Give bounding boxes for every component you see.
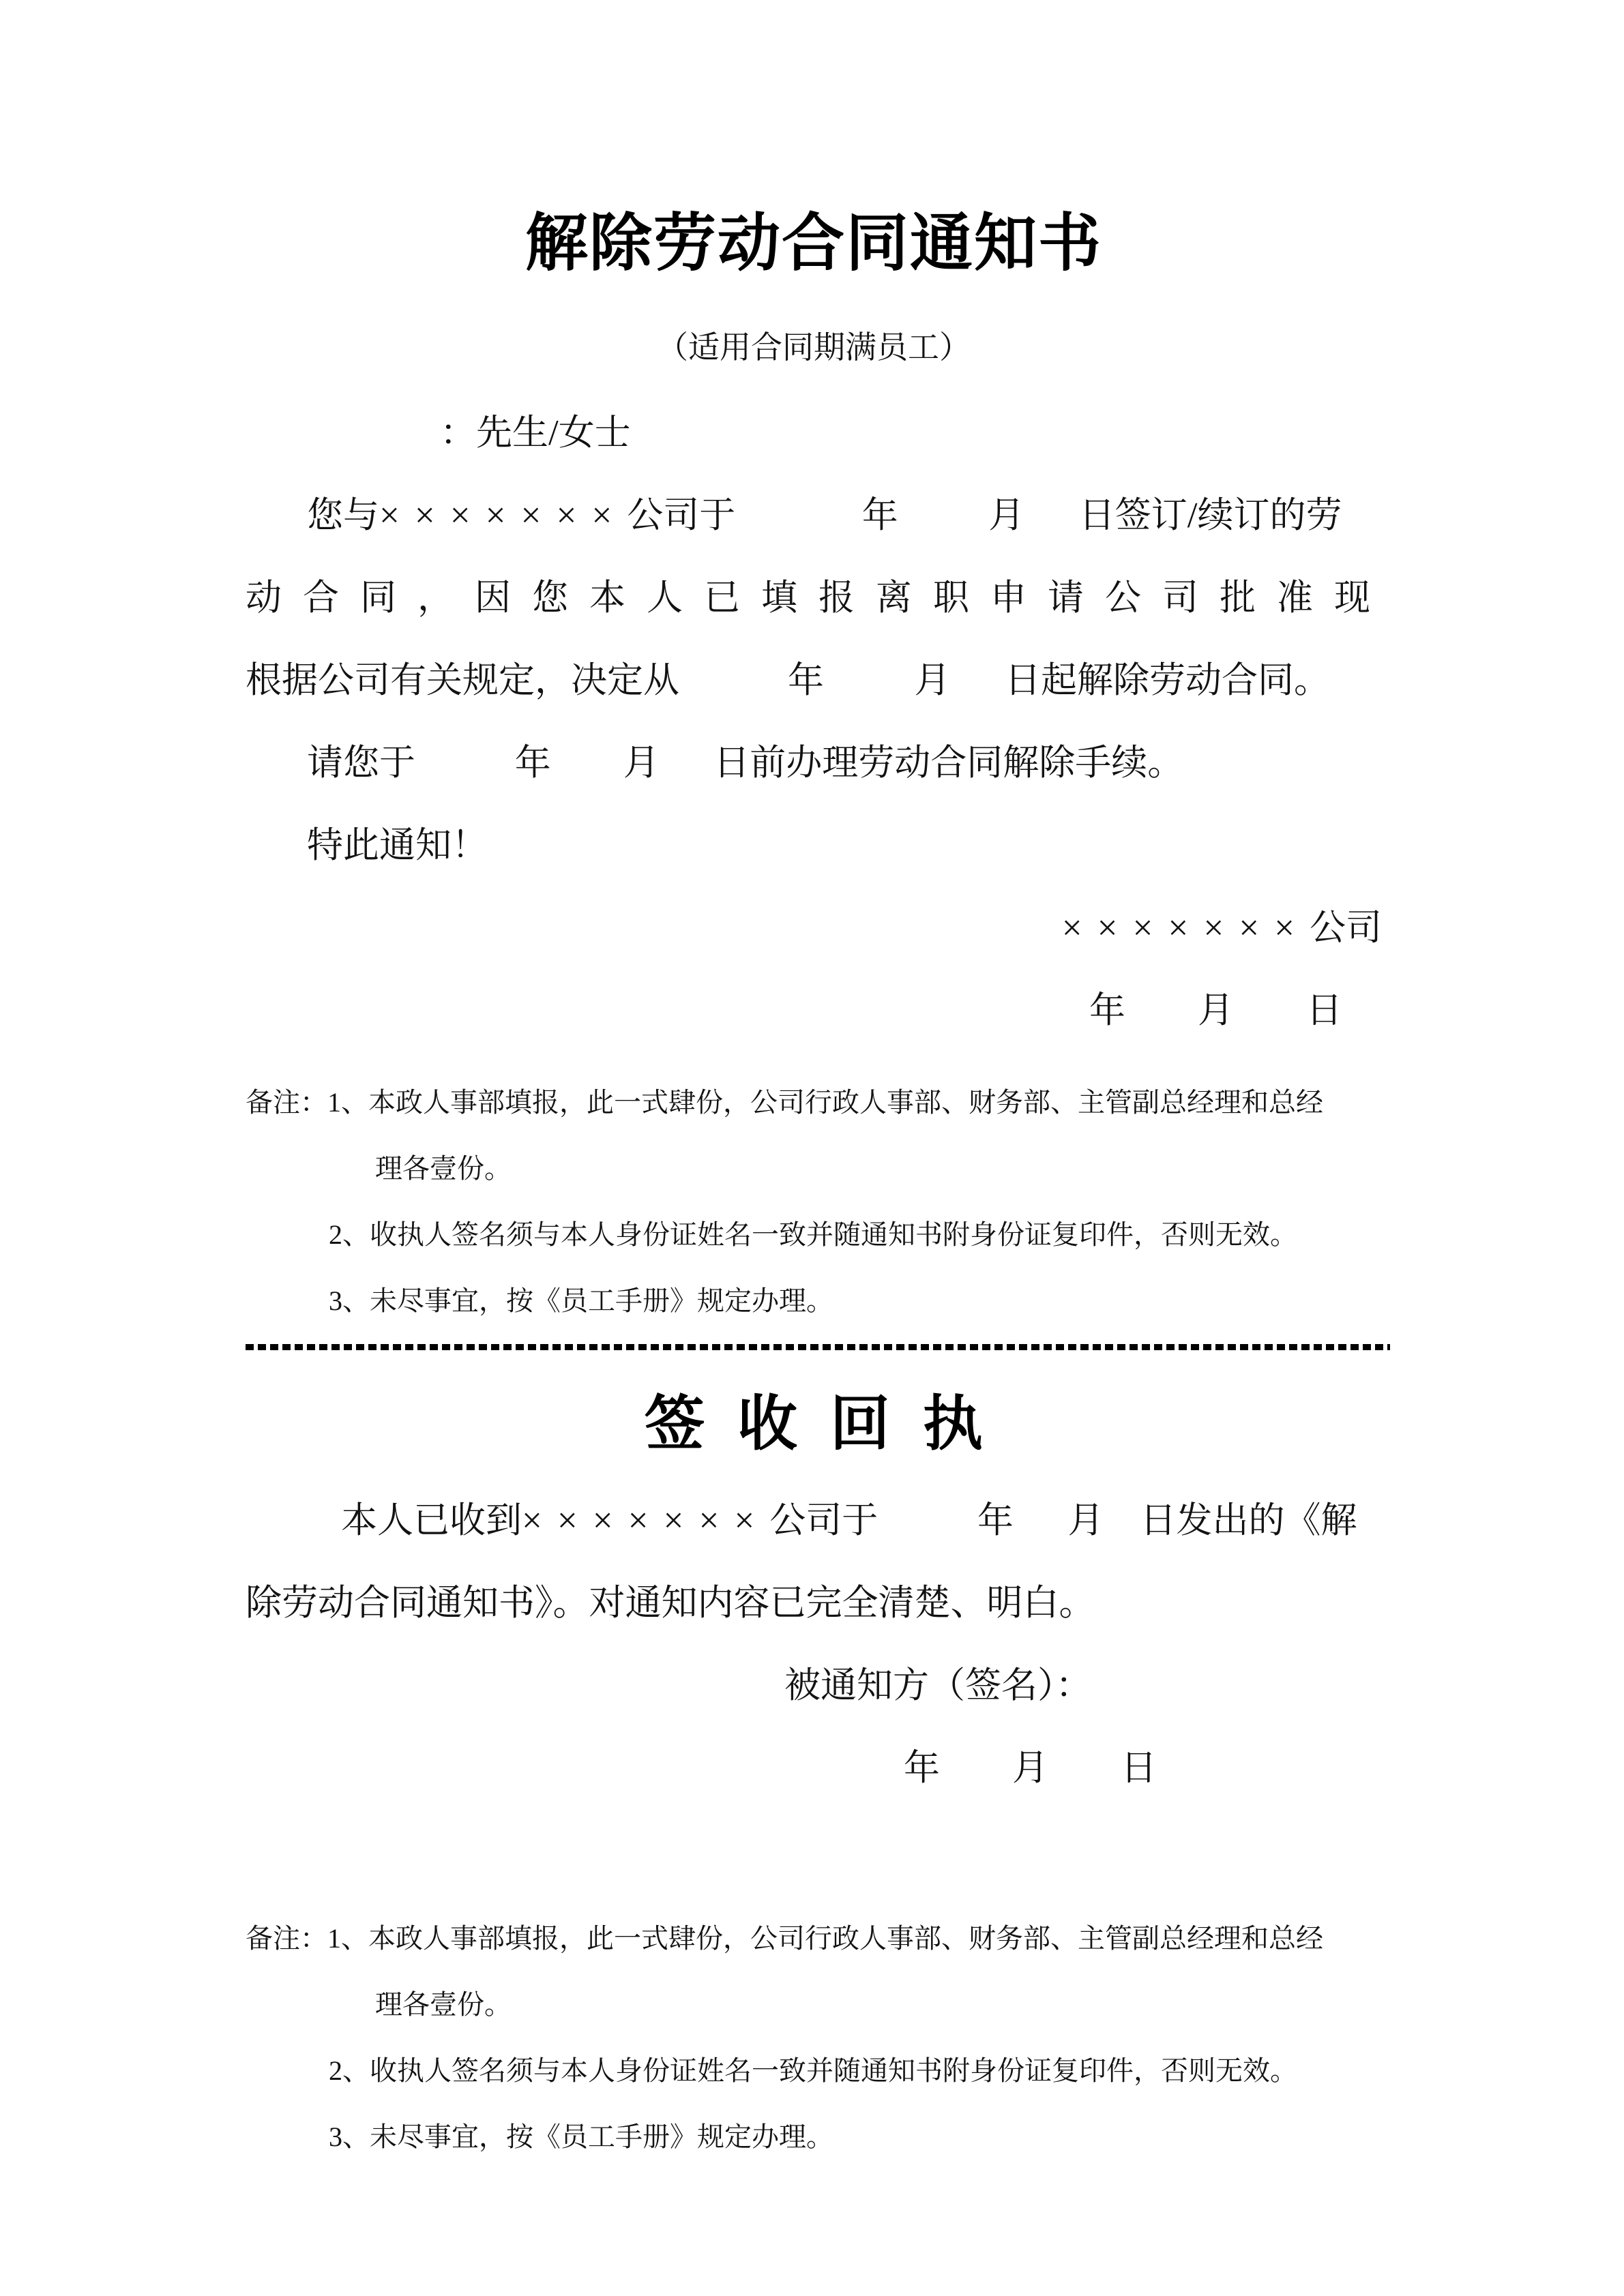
document-page: 解除劳动合同通知书 （适用合同期满员工） ：先生/女士 您与×××××××公司于…	[0, 0, 1624, 2296]
note-line-3: 3、未尽事宜，按《员工手册》规定办理。	[246, 2104, 1382, 2170]
receipt-line-1-suffix: 公司于 年 月 日发出的《解	[769, 1501, 1357, 1540]
note-line-1-continued: 理各壹份。	[246, 1135, 1382, 1202]
body-line-1-suffix: 公司于 年 月 日签订/续订的劳	[627, 496, 1342, 535]
note-line-2: 2、收执人签名须与本人身份证姓名一致并随通知书附身份证复印件，否则无效。	[246, 2038, 1382, 2104]
company-signature-line: ×××××××公司	[246, 887, 1382, 970]
receipt-title: 签收回执	[246, 1384, 1382, 1466]
body-line-2: 动合同，因您本人已填报离职申请公司批准现	[246, 557, 1382, 640]
body-line-4: 请您于 年 月 日前办理劳动合同解除手续。	[246, 722, 1382, 805]
body-line-1: 您与×××××××公司于 年 月 日签订/续订的劳	[246, 475, 1382, 557]
salutation-line: ：先生/女士	[246, 392, 1382, 475]
document-subtitle: （适用合同期满员工）	[246, 324, 1382, 372]
company-date-line: 年 月 日	[246, 970, 1382, 1052]
notes-section-top: 备注：1、本政人事部填报，此一式肆份，公司行政人事部、财务部、主管副总经理和总经…	[246, 1069, 1382, 1334]
body-line-3: 根据公司有关规定，决定从 年 月 日起解除劳动合同。	[246, 640, 1382, 722]
receipt-line-2: 除劳动合同通知书》。对通知内容已完全清楚、明白。	[246, 1562, 1382, 1645]
notice-body: ：先生/女士 您与×××××××公司于 年 月 日签订/续订的劳 动合同，因您本…	[246, 392, 1382, 1052]
company-name-placeholder: ×××××××	[379, 496, 627, 535]
body-line-1-prefix: 您与	[307, 496, 379, 535]
company-signature-placeholder: ×××××××	[1062, 908, 1310, 948]
tear-line-divider	[246, 1344, 1390, 1350]
receipt-date-line: 年 月 日	[246, 1727, 1382, 1810]
notified-signature-label: 被通知方（签名）：	[246, 1645, 1382, 1727]
note-line-1: 备注：1、本政人事部填报，此一式肆份，公司行政人事部、财务部、主管副总经理和总经	[246, 1069, 1382, 1135]
note-line-1-continued: 理各壹份。	[246, 1971, 1382, 2038]
note-line-3: 3、未尽事宜，按《员工手册》规定办理。	[246, 1268, 1382, 1334]
receipt-line-1-prefix: 本人已收到	[341, 1501, 522, 1540]
notes-section-bottom: 备注：1、本政人事部填报，此一式肆份，公司行政人事部、财务部、主管副总经理和总经…	[246, 1905, 1382, 2170]
document-title: 解除劳动合同通知书	[246, 201, 1382, 286]
receipt-body: 本人已收到×××××××公司于 年 月 日发出的《解 除劳动合同通知书》。对通知…	[246, 1480, 1382, 1810]
note-line-2: 2、收执人签名须与本人身份证姓名一致并随通知书附身份证复印件，否则无效。	[246, 1202, 1382, 1268]
receipt-line-1: 本人已收到×××××××公司于 年 月 日发出的《解	[246, 1480, 1382, 1562]
company-signature-label: 公司	[1310, 908, 1382, 948]
receipt-company-placeholder: ×××××××	[522, 1501, 769, 1540]
notice-closing: 特此通知！	[246, 805, 1382, 887]
note-line-1: 备注：1、本政人事部填报，此一式肆份，公司行政人事部、财务部、主管副总经理和总经	[246, 1905, 1382, 1971]
